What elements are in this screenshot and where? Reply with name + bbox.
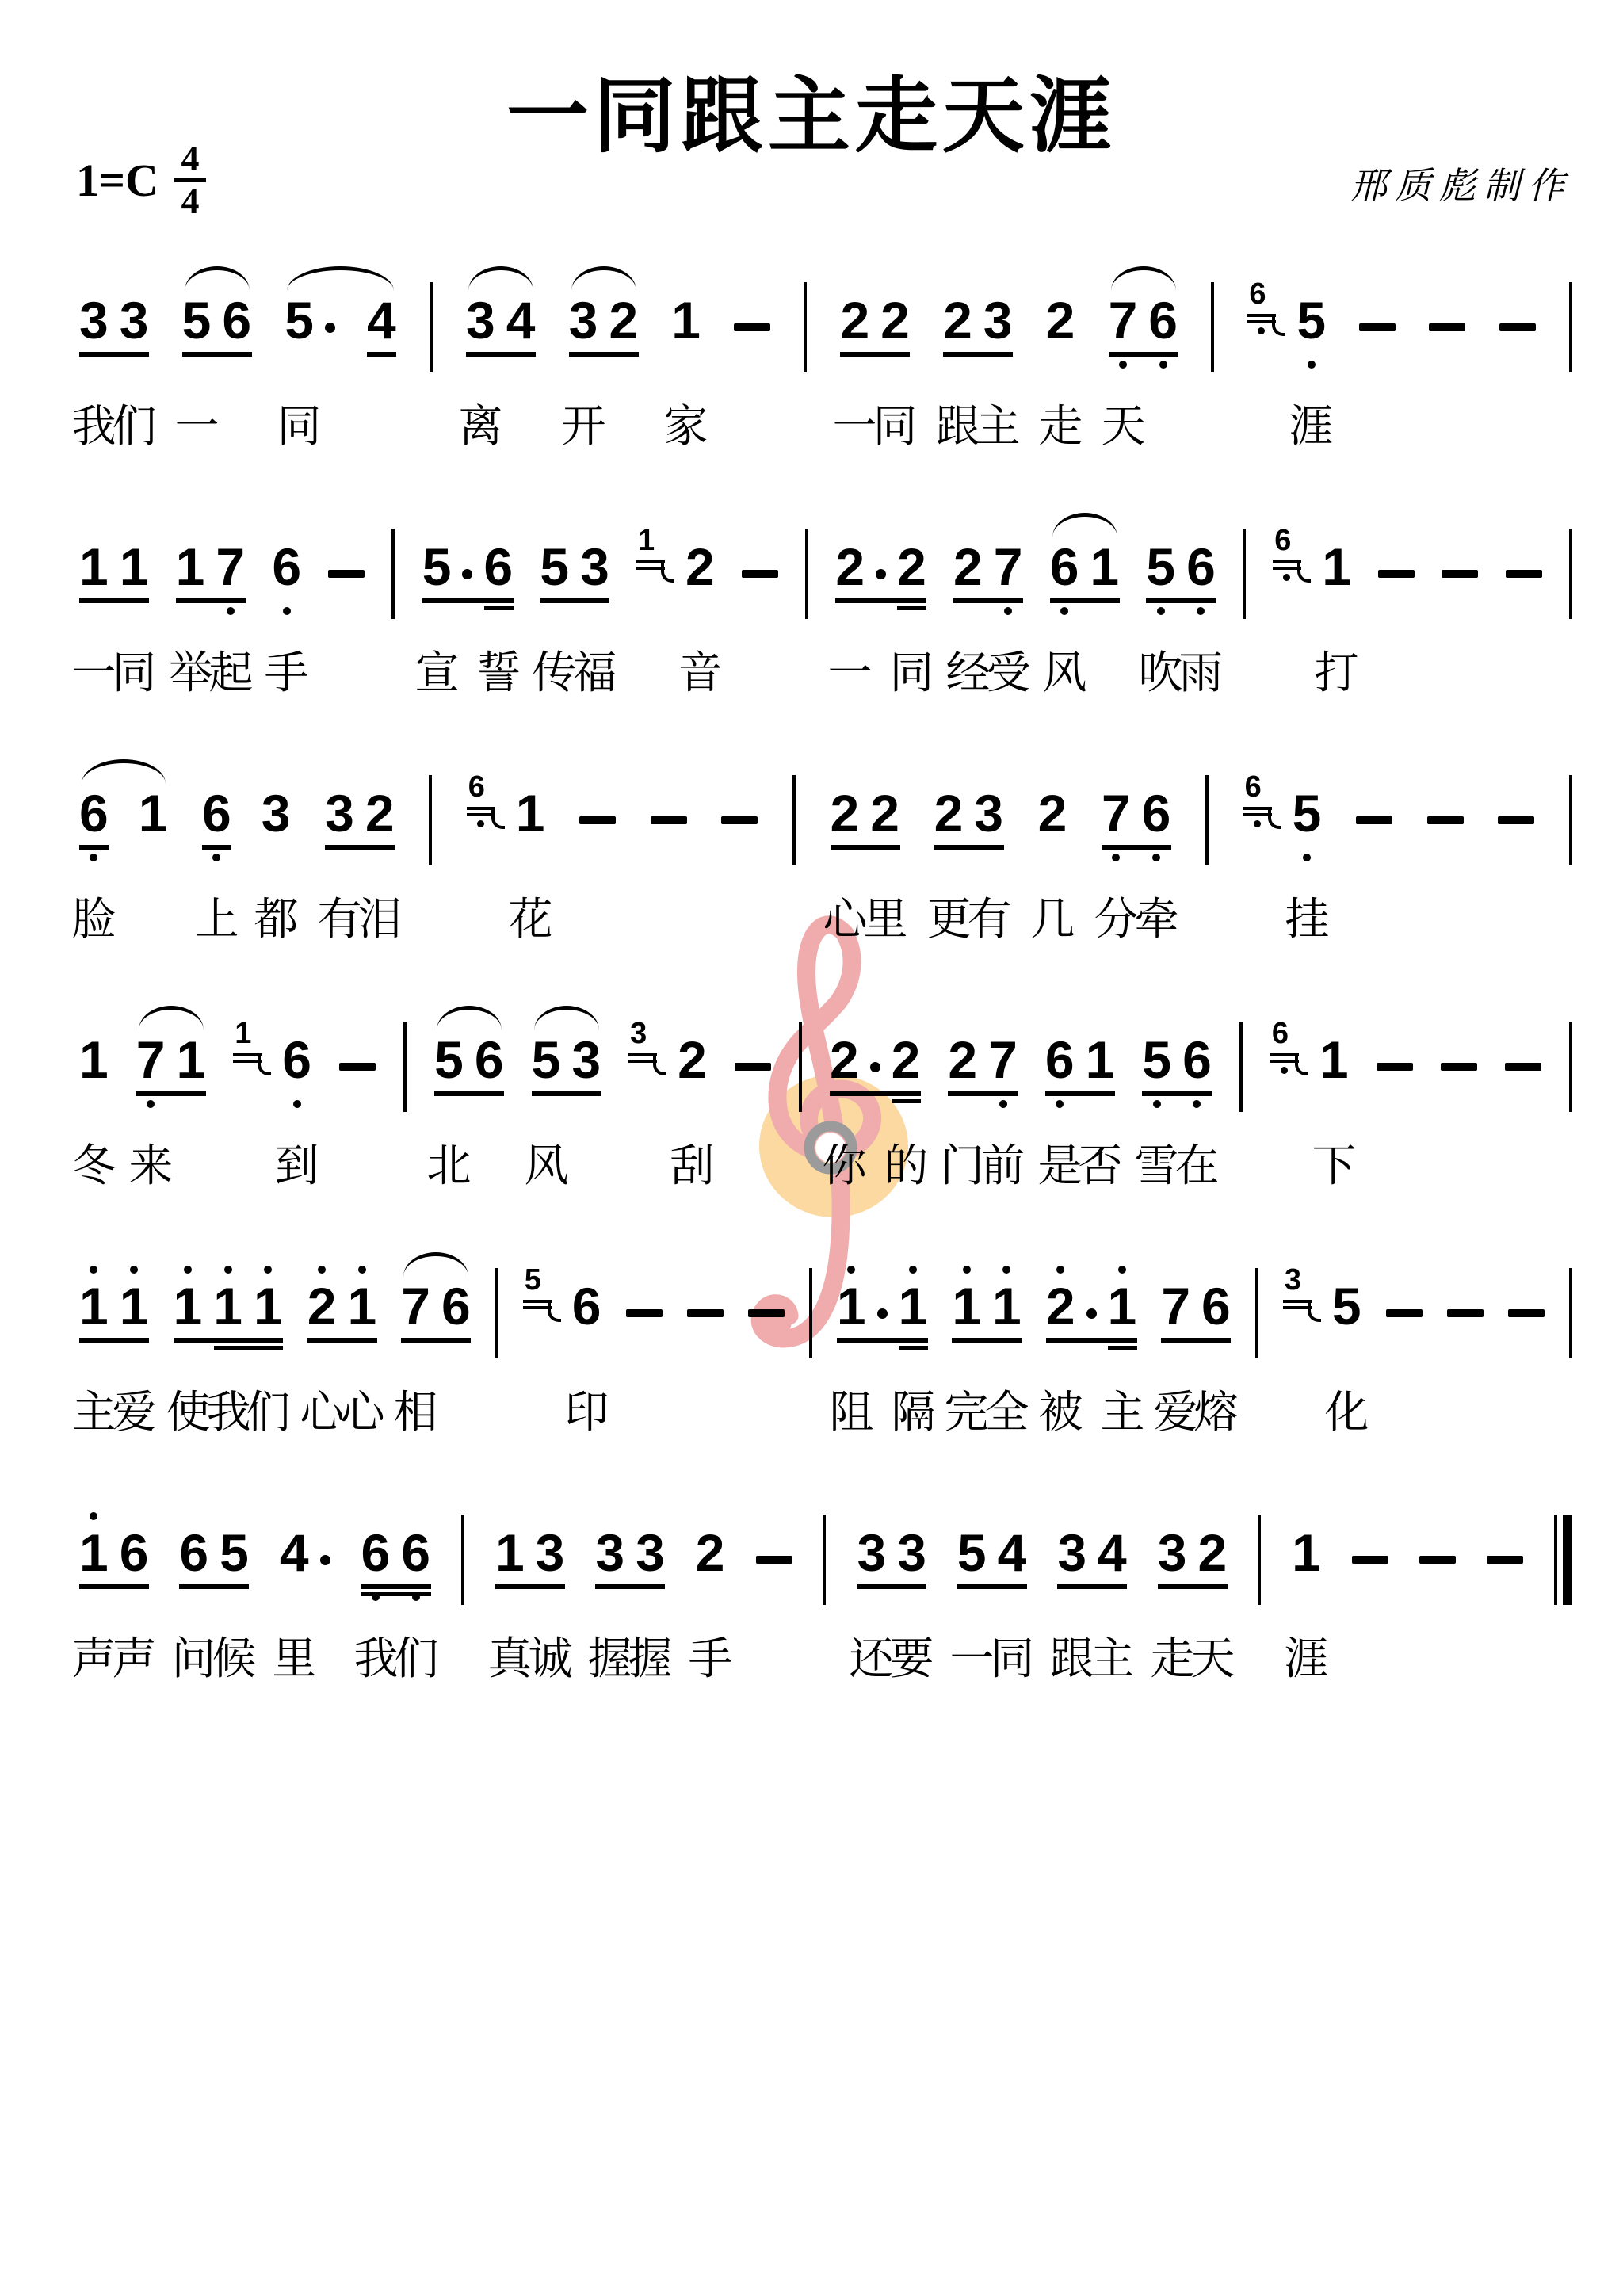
time-denominator: 4 [181,184,199,219]
beam-line [1109,352,1178,357]
lyric-syllable: 否 [1079,1141,1123,1190]
note-digit: 1 [1086,1031,1115,1088]
note-group [579,772,616,875]
note-group: 33 [857,1511,926,1614]
beam-line [840,352,910,357]
octave-dot-low [147,1100,155,1108]
note: 6 [202,772,231,842]
note: 5 [1142,1018,1171,1088]
note-group: 65 [1243,772,1322,875]
lyric-syllable: 同 [991,1634,1035,1683]
note-group: 33 [79,279,148,382]
note-digit: 2 [365,785,395,842]
song-line: 33565434321222327665我们一同离开家一同跟主走天涯 [79,279,1572,460]
grace-octave-dot-low [1258,327,1265,334]
duration-dash [651,816,687,824]
note-digit: 3 [571,1031,601,1088]
octave-dot-high [358,1266,366,1274]
note-group [1506,525,1542,628]
duration-dash [1356,816,1392,824]
slur-arc [185,266,250,291]
note-digit: 3 [536,1524,565,1581]
note-group: 65 [179,1511,248,1614]
bar-line [1239,1022,1243,1112]
lyric-syllable: 天 [1191,1634,1235,1683]
grace-digit: 6 [1274,525,1291,556]
lyric-syllable: 几 [1031,895,1075,944]
slur-arc [82,759,166,784]
grace-digit: 6 [1272,1018,1289,1049]
grace-note: 6 [1243,772,1281,851]
slur-arc [403,1252,468,1277]
note: 3 [1158,1511,1187,1581]
beam-line [934,845,1004,850]
note-digit: 6 [1201,1278,1231,1335]
note-digit: 2 [678,1031,707,1088]
lyric-syllable: 化 [1325,1388,1369,1437]
note-digit: 3 [857,1524,886,1581]
beam-line [952,1338,1022,1343]
rhythm-dot [325,323,335,333]
beam-line [182,352,252,357]
bar-line [809,1268,812,1358]
note: 2 [1038,772,1067,842]
grace-note: 1 [636,525,674,605]
note-digit: 6 [179,1524,208,1581]
note: 4 [1098,1511,1127,1581]
note-group: 12 [636,525,715,628]
lyric-syllable: 同 [890,648,934,697]
note-group [1429,279,1465,382]
note-group [1352,1511,1388,1614]
note-group: 76 [401,1265,470,1368]
note: 7 [994,525,1023,595]
note: 1 [174,1265,203,1335]
lyric-syllable: 同 [113,648,157,697]
note: 3 [262,772,291,842]
lyric-syllable: 使 [166,1388,211,1437]
lyric-syllable: 雨 [1179,648,1224,697]
lyric-syllable: 吹 [1139,648,1183,697]
grace-digit: 6 [1245,772,1262,802]
lyric-syllable: 主 [1090,1634,1135,1683]
slur-arc [287,266,394,291]
note-digit: 1 [254,1278,283,1335]
note-digit: 6 [1050,538,1079,595]
bar-line [1243,529,1246,619]
lyric-syllable: 走 [1151,1634,1195,1683]
beam-line [1050,598,1120,603]
lyric-syllable: 们 [113,402,157,451]
note-digit: 1 [176,538,205,595]
note-group: 71 [136,1018,205,1121]
music-line: 111765653122227615661 [79,525,1572,632]
note-group [1441,1018,1477,1121]
lyric-syllable: 真 [488,1634,533,1683]
note-digit: 7 [216,538,245,595]
note-digit: 1 [174,1278,203,1335]
beam-line [943,352,1013,357]
beam-line [1045,1091,1115,1096]
note: 3 [636,1511,665,1581]
note-digit: 1 [79,538,109,595]
duration-dash [1419,1556,1456,1564]
duration-dash [1429,323,1465,331]
note-digit: 1 [139,785,168,842]
note-digit: 4 [367,292,396,349]
note-digit: 5 [1332,1278,1361,1335]
octave-dot-low [1152,854,1160,861]
rhythm-dot [1086,1308,1097,1319]
beam-line [307,1338,377,1343]
beam-line [79,845,109,850]
note-group: 32 [1158,1511,1227,1614]
beam-line [953,598,1023,603]
lyric-syllable: 誓 [477,648,521,697]
lyric-syllable: 阻 [830,1388,874,1437]
lyric-syllable: 在 [1175,1141,1220,1190]
note-digit: 6 [361,1524,391,1581]
grace-note: 6 [1247,279,1285,358]
note-digit: 1 [1108,1278,1137,1335]
duration-dash [742,570,778,578]
lyric-syllable: 到 [275,1141,319,1190]
beam-line [835,598,926,603]
note: 1 [213,1265,242,1335]
note-digit: 3 [580,538,609,595]
song-line: 111112176561111217635主爱使我们心心相印阻隔完全被主爱熔化 [79,1265,1572,1446]
note-digit: 1 [495,1524,525,1581]
lyric-syllable: 手 [689,1634,733,1683]
note-digit: 5 [957,1524,987,1581]
note-group: 13 [495,1511,564,1614]
duration-dash [1498,816,1534,824]
music-line: 61633261222327665 [79,772,1572,879]
slur-arc [571,266,636,291]
octave-dot-low [1157,607,1165,615]
bar-line [823,1515,826,1605]
note: 5 [957,1511,987,1581]
note: 1 [671,279,701,349]
note: 1 [495,1511,525,1581]
note-digit: 4 [506,292,536,349]
note-digit: 5 [540,538,569,595]
note-digit: 2 [840,292,869,349]
key-signature: 1=C 4 4 [76,141,206,219]
note: 5 [422,525,452,595]
note: 3 [325,772,354,842]
note: 6 [572,1265,601,1335]
beam-line [569,352,639,357]
lyric-syllable: 刮 [670,1141,715,1190]
time-signature: 4 4 [174,141,206,219]
lyric-syllable: 主 [72,1388,116,1437]
note: 3 [857,1511,886,1581]
note-digit: 1 [671,292,701,349]
note: 2 [835,525,865,595]
note-digit: 6 [1186,538,1216,595]
note-digit: 6 [1045,1031,1075,1088]
grace-tie-icon [1295,1056,1308,1075]
beam-line [361,1584,431,1589]
beam-line-2 [484,606,514,610]
octave-dot-low [212,854,220,861]
octave-dot-high [184,1266,192,1274]
note-digit: 5 [285,292,314,349]
lyric-syllable: 有 [968,895,1012,944]
octave-dot-high [90,1266,97,1274]
note-digit: 3 [1057,1524,1086,1581]
grace-digit: 3 [630,1018,647,1049]
lyric-syllable: 诚 [529,1634,573,1683]
octave-dot-low [1056,1100,1064,1108]
grace-note: 5 [523,1265,561,1344]
lyric-syllable: 有 [318,895,362,944]
note-group: 2 [1046,279,1075,382]
beam-line [540,598,609,603]
note-digit: 1 [120,538,149,595]
beam-line [495,1584,565,1589]
grace-note: 1 [233,1018,271,1098]
note-group [742,525,778,628]
note-digit: 6 [1148,292,1178,349]
bar-line [391,529,395,619]
note-group [721,772,758,875]
octave-dot-high [909,1266,917,1274]
note: 1 [176,525,205,595]
beam-line [401,1338,471,1343]
note: 2 [696,1511,725,1581]
note-group: 54 [957,1511,1026,1614]
note-digit: 3 [1158,1524,1187,1581]
bar-line [1205,775,1209,865]
duration-dash [721,816,758,824]
note: 6 [1142,772,1171,842]
note-digit: 6 [272,538,301,595]
rhythm-dot [320,1555,330,1565]
grace-octave-dot-low [1281,1067,1288,1074]
beam-line [136,1091,206,1096]
lyric-syllable: 主 [976,402,1021,451]
note-digit: 7 [994,538,1023,595]
beam-line [79,598,149,603]
note: 1 [79,1018,109,1088]
bar-thick [1563,1515,1572,1605]
lyric-syllable: 风 [1043,648,1087,697]
duration-dash [1499,323,1536,331]
rhythm-dot [877,1308,888,1319]
beam-line [79,352,149,357]
duration-dash [1386,1309,1423,1317]
note-digit: 1 [1292,1524,1321,1581]
note-group: 56 [1142,1018,1211,1121]
note-group: 22 [835,525,926,628]
note-digit: 4 [280,1524,309,1581]
grace-tie-icon [258,1056,271,1075]
note-digit: 5 [182,292,212,349]
note: 3 [974,772,1003,842]
note-digit: 5 [1146,538,1175,595]
note: 1 [120,525,149,595]
note: 2 [892,1018,921,1088]
note-group [339,1018,376,1121]
note-digit: 5 [434,1031,464,1088]
lyric-syllable: 上 [195,895,239,944]
octave-dot-high [318,1266,326,1274]
note: 7 [1161,1265,1190,1335]
note-digit: 7 [988,1031,1018,1088]
note-digit: 2 [953,538,983,595]
note-digit: 2 [831,785,860,842]
note-digit: 6 [120,1524,149,1581]
note-group: 65 [1247,279,1326,382]
note-group: 35 [1283,1265,1361,1368]
time-numerator: 4 [181,141,199,176]
note-digit: 6 [475,1031,504,1088]
duration-dash [1447,1309,1484,1317]
lyric-syllable: 泪 [358,895,403,944]
duration-dash [734,323,770,331]
lyric-syllable: 的 [884,1141,929,1190]
grace-tie-icon [653,1056,666,1075]
lyric-syllable: 我 [207,1388,251,1437]
lyric-syllable: 音 [678,648,723,697]
bar-line [403,1022,407,1112]
lyric-syllable: 熔 [1194,1388,1239,1437]
lyric-syllable: 是 [1038,1141,1083,1190]
beam-line [831,845,900,850]
note: 1 [1086,1018,1115,1088]
octave-dot-low [1060,607,1068,615]
note-group: 22 [831,772,899,875]
note: 4 [280,1511,309,1581]
note-digit: 2 [948,1031,977,1088]
note-group [1442,525,1478,628]
note-group [1386,1265,1423,1368]
note-digit: 3 [120,292,149,349]
note-digit: 1 [1322,538,1351,595]
rhythm-dot [462,569,472,579]
beam-line-2 [361,1592,431,1596]
lyric-syllable: 挂 [1285,895,1330,944]
octave-dot-high [264,1266,272,1274]
beam-line-2 [897,606,926,610]
note-digit: 3 [595,1524,624,1581]
note-digit: 3 [897,1524,926,1581]
note: 1 [254,1265,283,1335]
note-group [1447,1265,1484,1368]
lyric-syllable: 涯 [1285,1634,1329,1683]
note: 3 [1057,1511,1086,1581]
music-line: 33565434321222327665 [79,279,1572,386]
note-group [328,525,365,628]
note-digit: 1 [899,1278,928,1335]
note-digit: 4 [1098,1524,1127,1581]
note: 1 [79,525,109,595]
note-group: 11 [952,1265,1021,1368]
song-line: 171165653322227615661冬来到北风刮你的门前是否雪在下 [79,1018,1572,1200]
note-digit: 4 [998,1524,1027,1581]
beam-line [1142,1091,1212,1096]
note-group [687,1265,724,1368]
note-group [1419,1511,1456,1614]
lyrics-line: 主爱使我们心心相印阻隔完全被主爱熔化 [79,1383,1572,1446]
bar-line [1255,1268,1258,1358]
note-digit: 1 [837,1278,866,1335]
note: 2 [897,525,926,595]
note-group: 61 [1050,525,1119,628]
lyric-syllable: 一 [175,402,220,451]
grace-note: 6 [1270,1018,1308,1098]
note-group [1427,772,1464,875]
note: 1 [952,1265,981,1335]
note-group: 21 [1046,1265,1136,1368]
lyric-syllable: 里 [273,1634,317,1683]
song-title: 一同跟主走天涯 [0,49,1623,168]
lyric-syllable: 心 [300,1388,345,1437]
note: 3 [595,1511,624,1581]
lyric-syllable: 印 [565,1388,609,1437]
note-group: 63 [202,772,290,875]
note-digit: 2 [943,292,972,349]
note: 2 [1046,279,1075,349]
note-digit: 1 [1090,538,1119,595]
octave-dot-low [90,854,97,861]
note: 6 [1201,1265,1231,1335]
lyric-syllable: 北 [427,1141,472,1190]
lyric-syllable: 相 [394,1388,438,1437]
note-group: 22 [830,1018,920,1121]
octave-dot-high [1056,1266,1064,1274]
note-digit: 2 [1197,1524,1227,1581]
lyric-syllable: 主 [1101,1388,1145,1437]
lyric-syllable: 握 [628,1634,673,1683]
lyric-syllable: 跟 [936,402,980,451]
note: 2 [948,1018,977,1088]
note-group: 1 [1292,1511,1321,1614]
lyrics-line: 一同举起手宣誓传福音一同经受风吹雨打 [79,644,1572,707]
lyric-syllable: 候 [212,1634,257,1683]
beam-line [595,1584,665,1589]
bar-line [805,529,808,619]
bar-line [1569,775,1572,865]
note-group: 33 [595,1511,664,1614]
note: 3 [120,279,149,349]
note-digit: 2 [892,1031,921,1088]
lyric-syllable: 走 [1039,402,1083,451]
note: 5 [220,1511,249,1581]
beam-line-2 [1108,1346,1137,1350]
octave-dot-low [1303,854,1311,861]
duration-dash [1487,1556,1523,1564]
lyric-syllable: 被 [1039,1388,1083,1437]
duration-dash [328,570,365,578]
slur-arc [1052,513,1117,537]
lyric-syllable: 花 [509,895,553,944]
note-digit: 6 [441,1278,471,1335]
note-digit: 2 [685,538,715,595]
note-digit: 2 [835,538,865,595]
note-digit: 3 [569,292,598,349]
note-digit: 2 [696,1524,725,1581]
beam-line [857,1584,926,1589]
note-digit: 3 [974,785,1003,842]
duration-dash [1352,1556,1388,1564]
note-group: 23 [934,772,1003,875]
grace-digit: 6 [1249,279,1266,309]
note-group: 76 [1102,772,1170,875]
lyric-syllable: 爱 [113,1388,157,1437]
